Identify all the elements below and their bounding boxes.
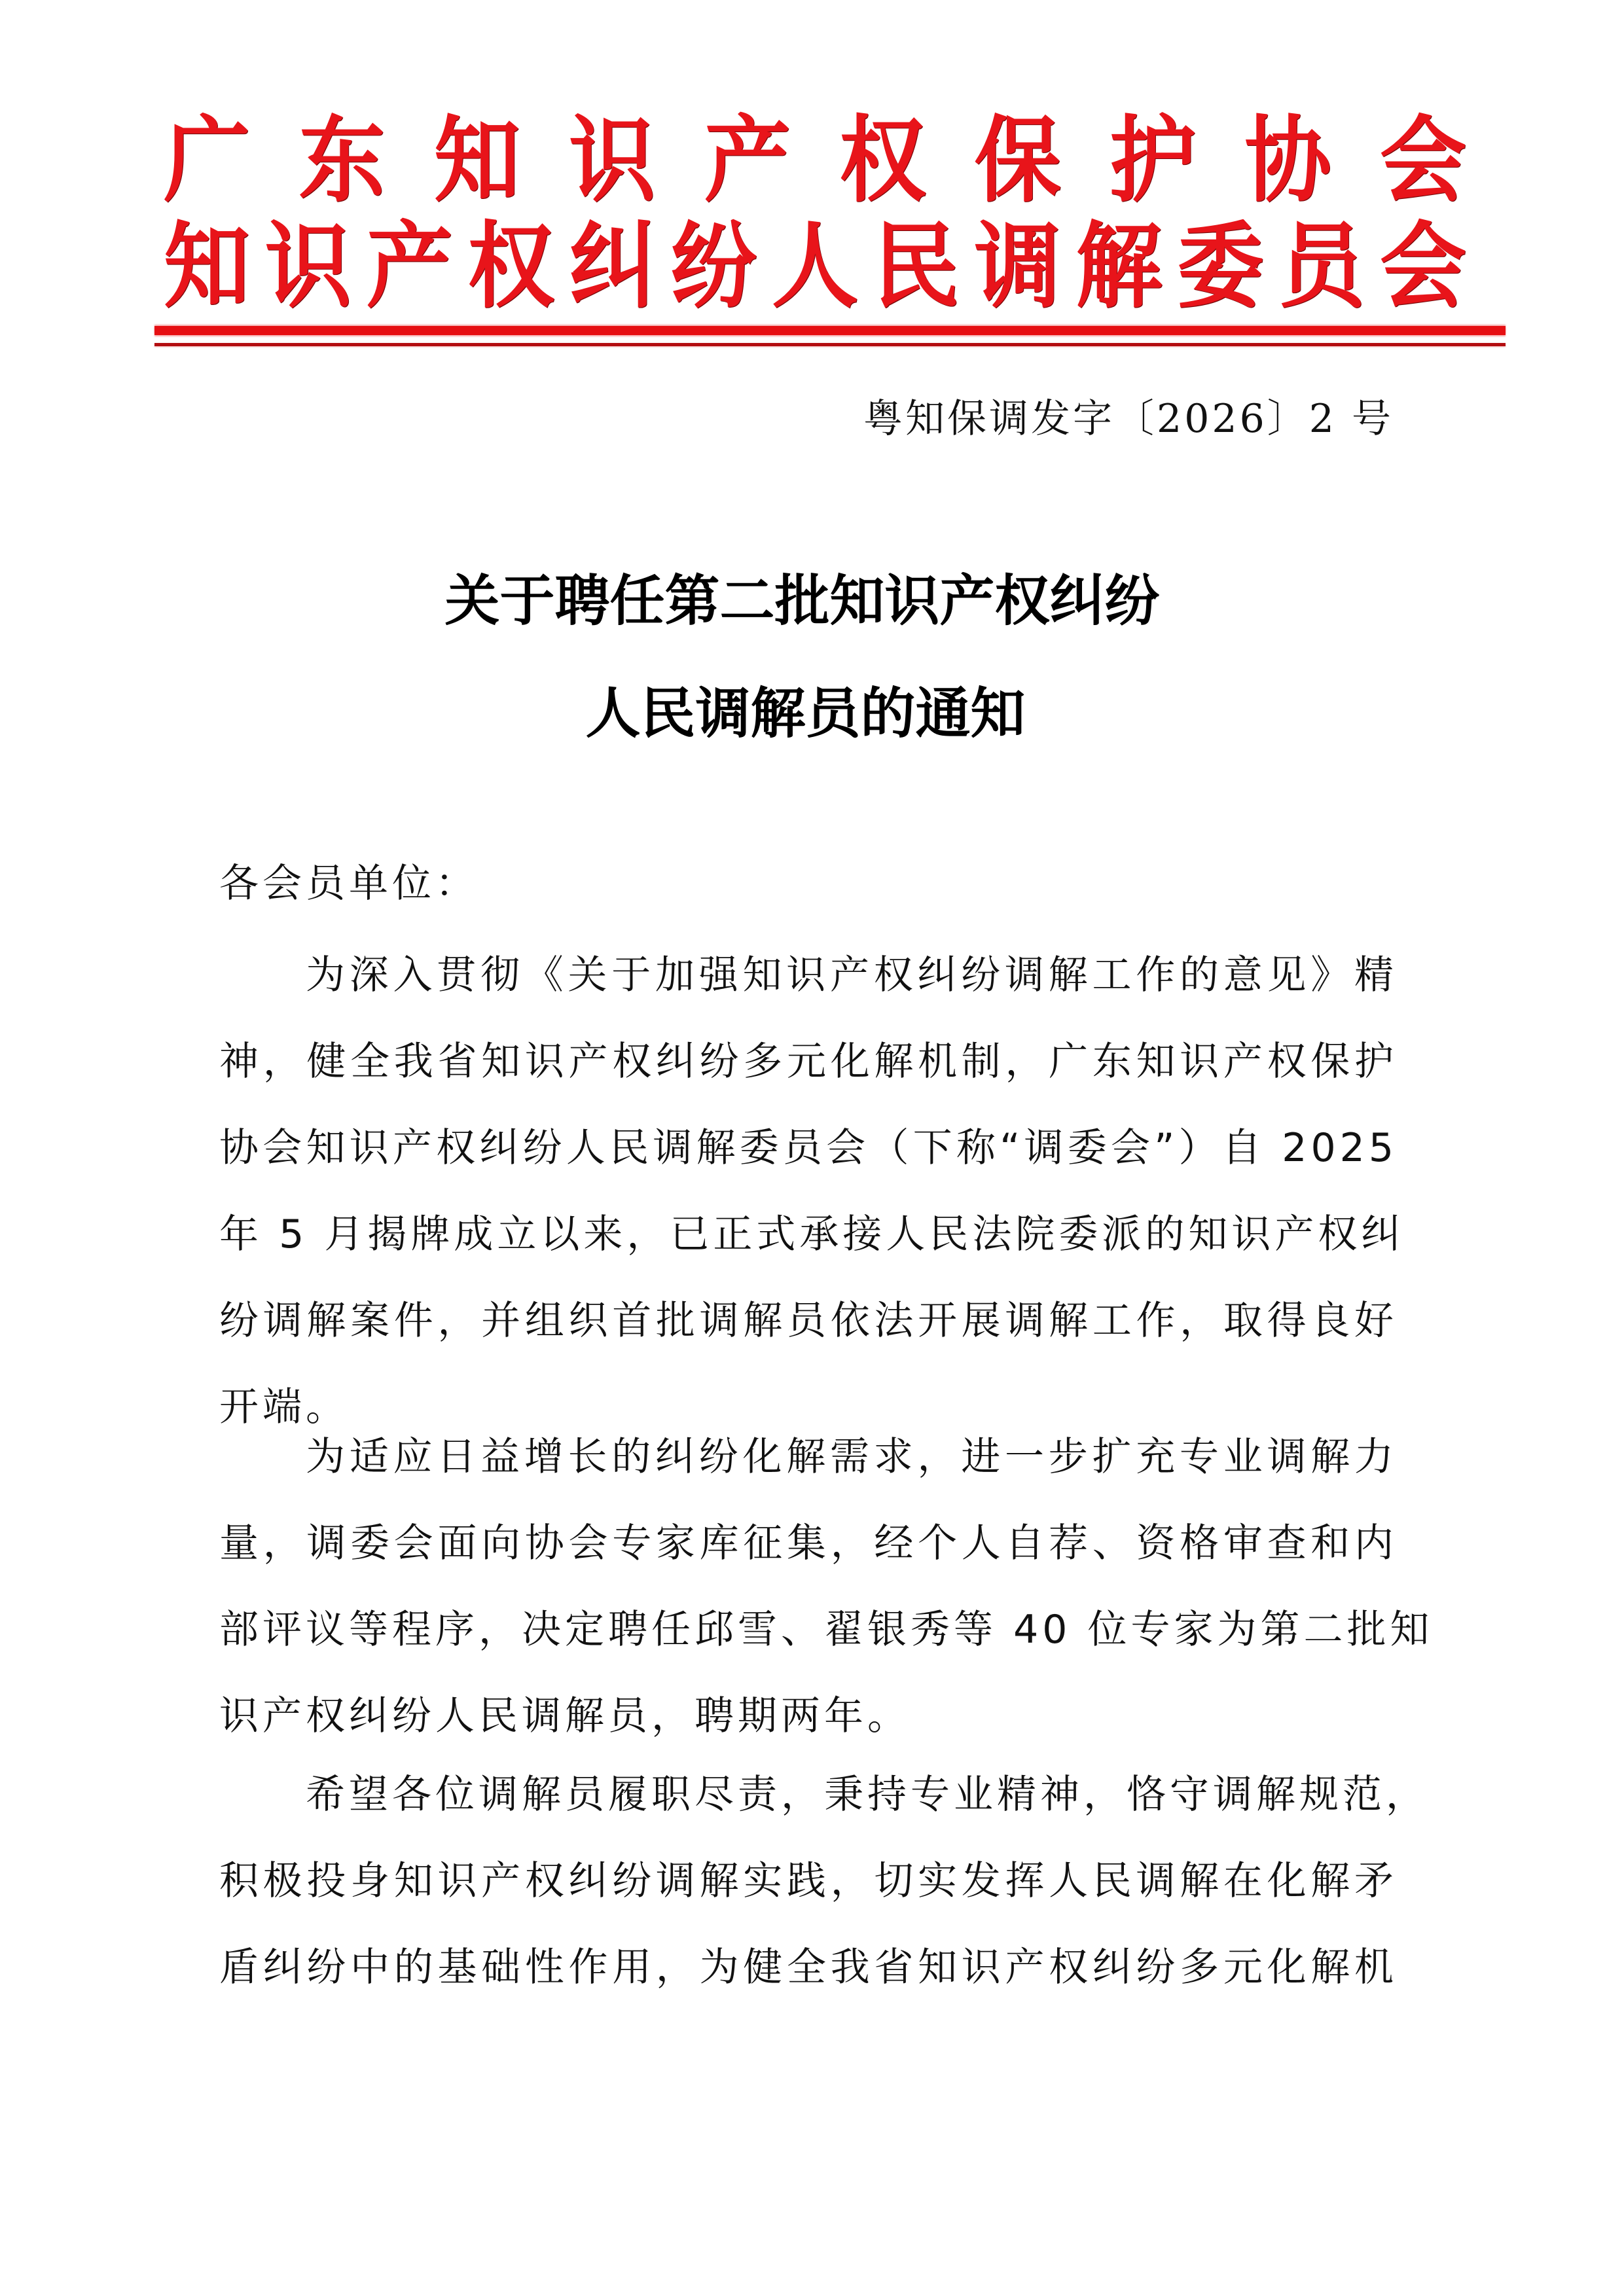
body-line: 为深入贯彻《关于加强知识产权纠纷调解工作的意见》精 — [219, 932, 1398, 1018]
letterhead-char: 权 — [839, 111, 926, 210]
letterhead-char: 保 — [975, 111, 1061, 210]
letterhead-char: 护 — [1110, 111, 1196, 210]
letterhead-char: 识 — [569, 111, 655, 210]
letterhead-char: 会 — [1380, 217, 1466, 316]
document-title-line-1: 关于聘任第二批知识产权纠纷 — [0, 568, 1614, 634]
letterhead-char: 权 — [467, 217, 554, 316]
body-line: 部评议等程序，决定聘任邱雪、翟银秀等 40 位专家为第二批知 — [219, 1587, 1398, 1673]
body-line: 年 5 月揭牌成立以来，已正式承接人民法院委派的知识产权纠 — [219, 1191, 1398, 1278]
letterhead-char: 调 — [975, 217, 1061, 316]
document-page: 广 东 知 识 产 权 保 护 协 会 知 识 产 权 纠 纷 人 民 调 解 … — [0, 0, 1624, 2296]
letterhead-char: 产 — [367, 217, 453, 316]
body-line: 识产权纠纷人民调解员，聘期两年。 — [219, 1673, 1398, 1759]
document-title-line-2: 人民调解员的通知 — [0, 681, 1617, 746]
letterhead-char: 员 — [1278, 217, 1365, 316]
document-number: 粤知保调发字〔2026〕2 号 — [863, 393, 1394, 445]
body-paragraph-2: 为适应日益增长的纠纷化解需求，进一步扩充专业调解力 量，调委会面向协会专家库征集… — [219, 1414, 1398, 1759]
body-line: 纷调解案件，并组织首批调解员依法开展调解工作，取得良好 — [219, 1278, 1398, 1364]
letterhead-char: 解 — [1075, 217, 1162, 316]
letterhead-char: 民 — [873, 217, 960, 316]
body-paragraph-1: 为深入贯彻《关于加强知识产权纠纷调解工作的意见》精 神，健全我省知识产权纠纷多元… — [219, 932, 1398, 1450]
body-line: 协会知识产权纠纷人民调解委员会（下称“调委会”）自 2025 — [219, 1105, 1398, 1191]
body-line: 为适应日益增长的纠纷化解需求，进一步扩充专业调解力 — [219, 1414, 1398, 1500]
letterhead-divider-thin — [154, 343, 1506, 346]
letterhead-char: 纷 — [670, 217, 757, 316]
letterhead-char: 会 — [1380, 111, 1466, 210]
letterhead-organization-line-2: 知 识 产 权 纠 纷 人 民 调 解 委 员 会 — [164, 217, 1466, 316]
letterhead-char: 广 — [164, 111, 250, 210]
letterhead-divider-thick — [154, 326, 1506, 335]
letterhead-char: 识 — [265, 217, 352, 316]
letterhead-char: 知 — [164, 217, 250, 316]
letterhead-char: 协 — [1245, 111, 1331, 210]
letterhead-char: 东 — [298, 111, 385, 210]
body-paragraph-3: 希望各位调解员履职尽责，秉持专业精神，恪守调解规范， 积极投身知识产权纠纷调解实… — [219, 1751, 1398, 2011]
letterhead-char: 纠 — [569, 217, 655, 316]
letterhead-char: 知 — [434, 111, 520, 210]
body-line: 量，调委会面向协会专家库征集，经个人自荐、资格审查和内 — [219, 1500, 1398, 1587]
body-line: 盾纠纷中的基础性作用，为健全我省知识产权纠纷多元化解机 — [219, 1924, 1398, 2011]
letterhead-organization-line-1: 广 东 知 识 产 权 保 护 协 会 — [164, 111, 1466, 210]
body-line: 积极投身知识产权纠纷调解实践，切实发挥人民调解在化解矛 — [219, 1838, 1398, 1924]
body-line: 希望各位调解员履职尽责，秉持专业精神，恪守调解规范， — [219, 1751, 1398, 1838]
letterhead-char: 人 — [772, 217, 858, 316]
letterhead-char: 产 — [704, 111, 791, 210]
salutation: 各会员单位： — [219, 857, 478, 910]
letterhead-char: 委 — [1177, 217, 1263, 316]
body-line: 神，健全我省知识产权纠纷多元化解机制，广东知识产权保护 — [219, 1018, 1398, 1105]
